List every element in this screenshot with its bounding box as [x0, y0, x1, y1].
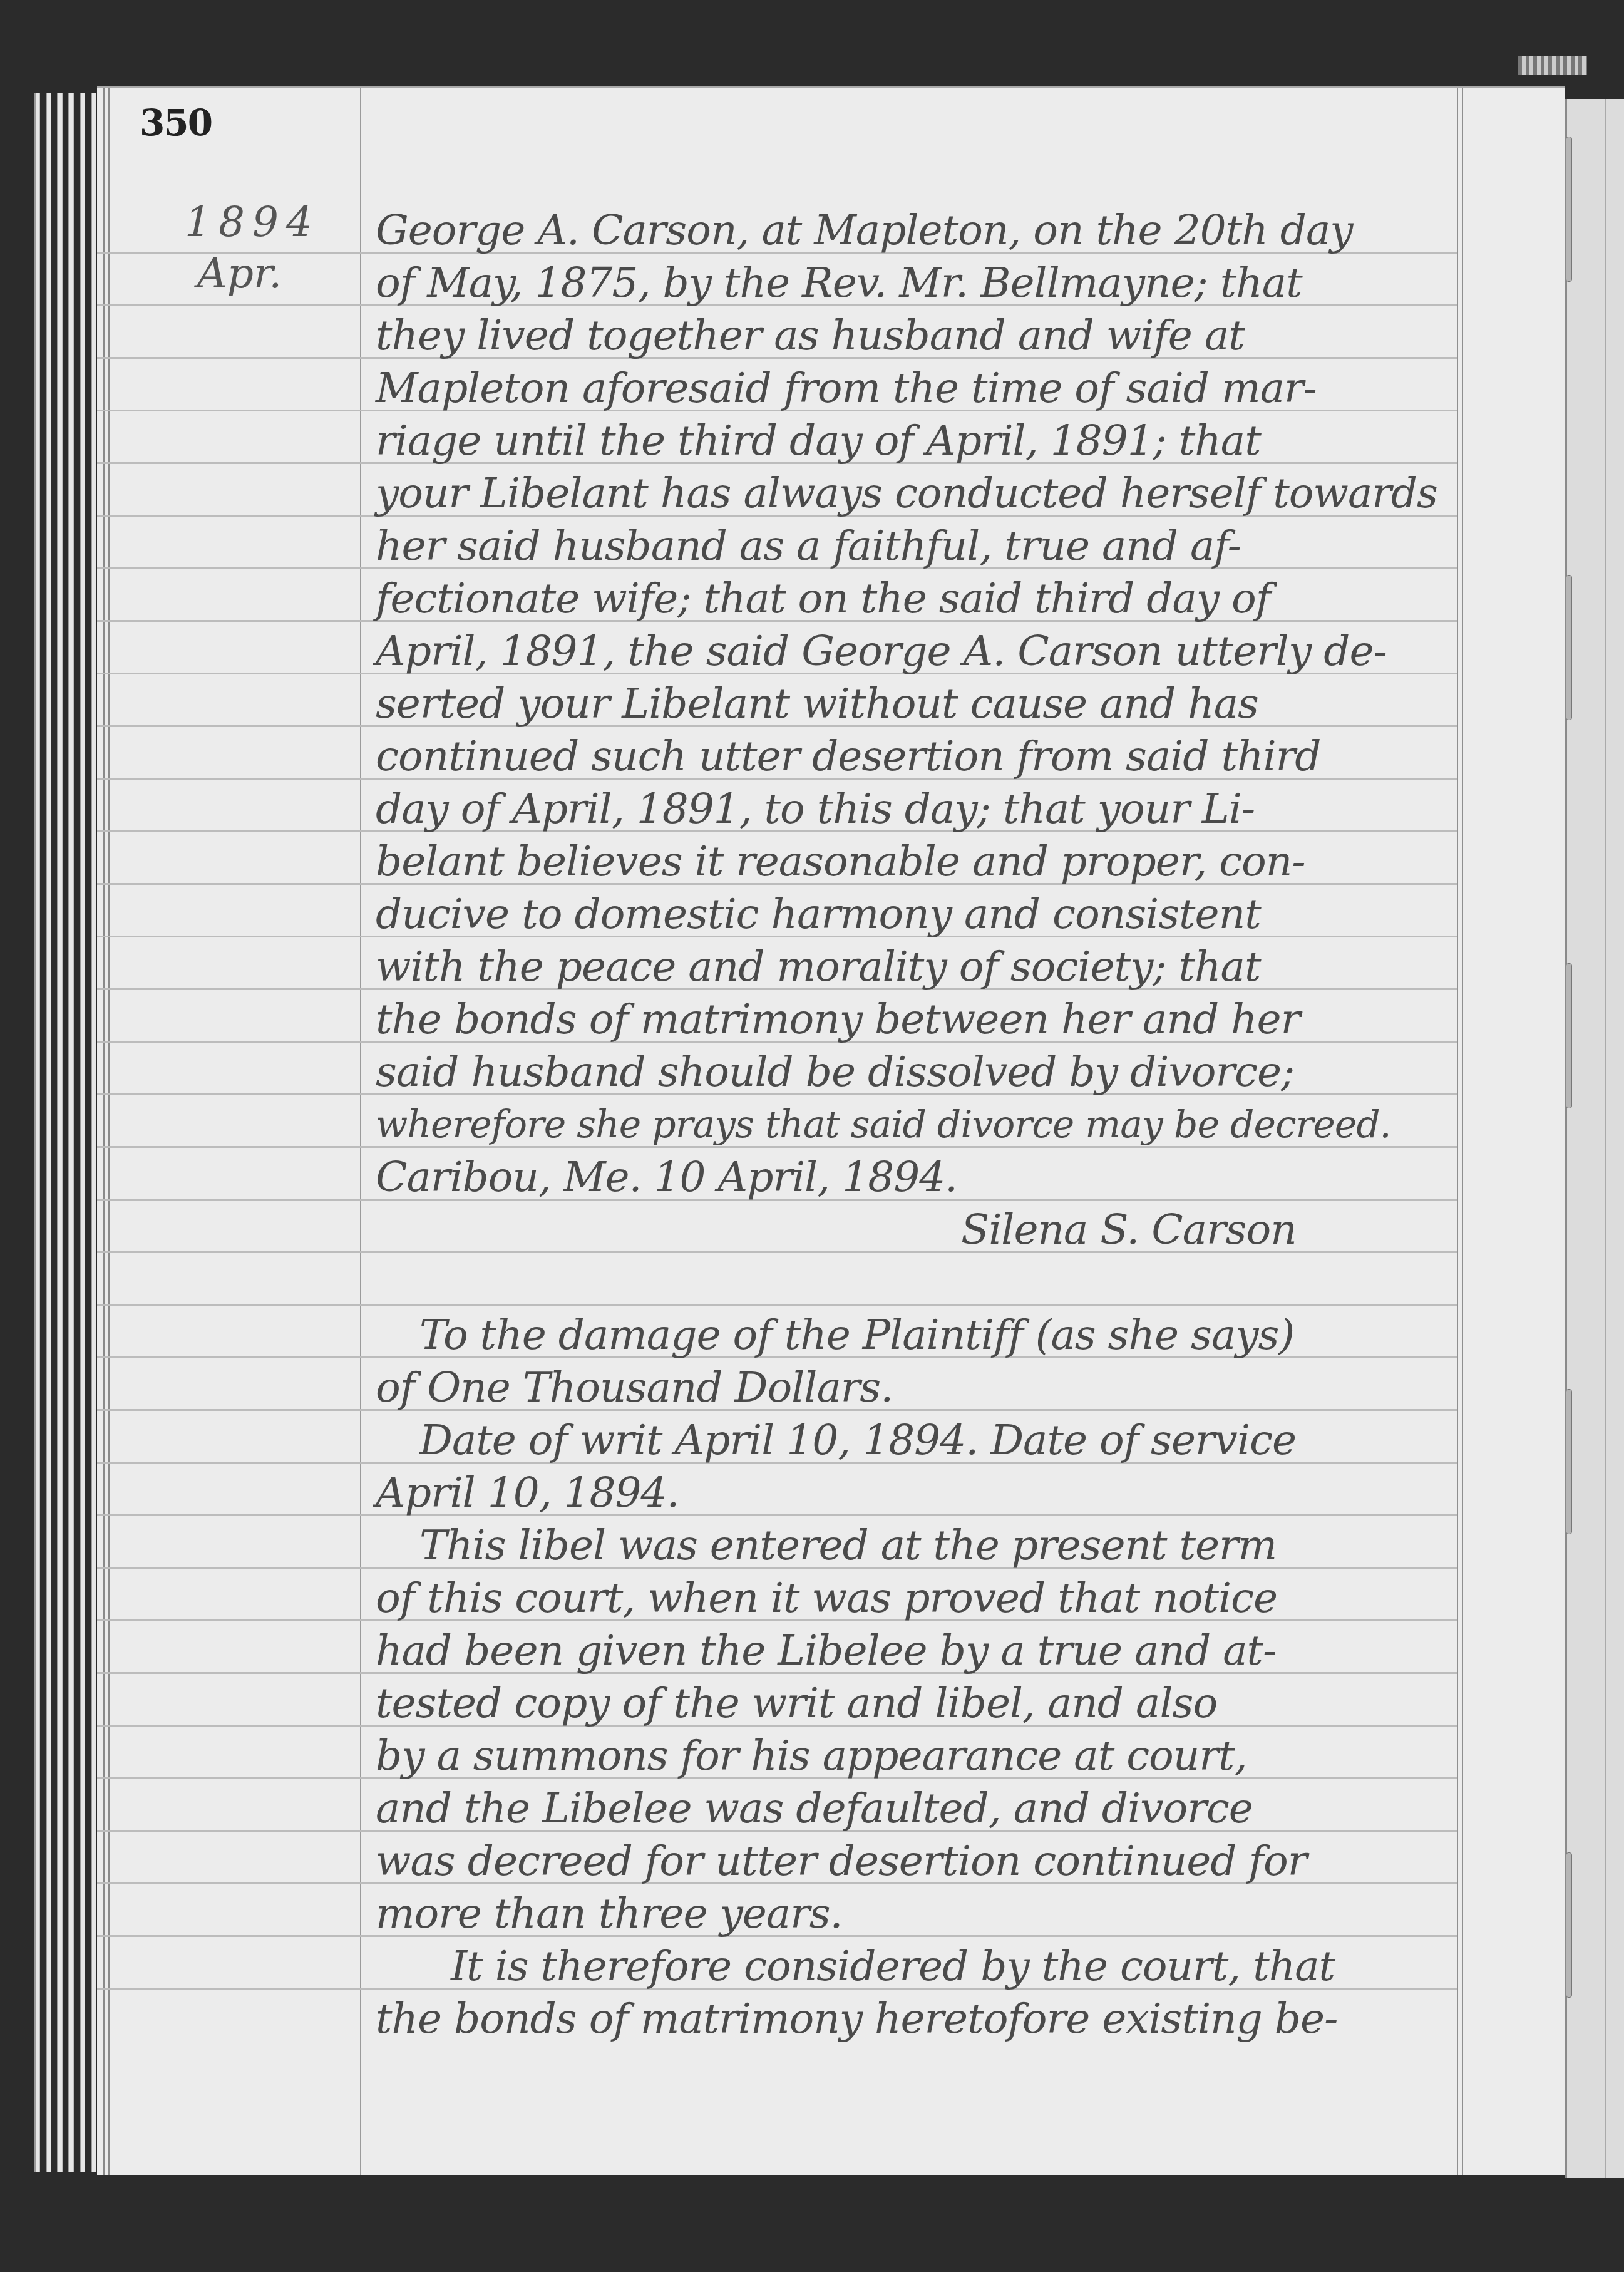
text-line: the bonds of matrimony heretofore existi… [376, 1994, 1452, 2044]
text-line: belant believes it reasonable and proper… [376, 837, 1452, 887]
text-line: more than three years. [376, 1889, 1452, 1939]
text-line: April 10, 1894. [376, 1468, 1452, 1518]
text-line: tested copy of the writ and libel, and a… [376, 1678, 1452, 1728]
text-line: riage until the third day of April, 1891… [376, 416, 1452, 466]
ledger-page: 350 1894 Apr. George A. Carson, at Maple… [97, 86, 1565, 2175]
text-line: To the damage of the Plaintiff (as she s… [376, 1310, 1496, 1360]
binding-edge [1518, 56, 1587, 75]
text-line: and the Libelee was defaulted, and divor… [376, 1784, 1452, 1834]
text-line: It is therefore considered by the court,… [376, 1941, 1528, 1991]
text-line: the bonds of matrimony between her and h… [376, 994, 1452, 1045]
text-line: said husband should be dissolved by divo… [376, 1047, 1452, 1097]
binding-stitch [1566, 137, 1572, 282]
binding-stitch [1566, 575, 1572, 720]
text-line: George A. Carson, at Mapleton, on the 20… [376, 205, 1452, 256]
text-line: your Libelant has always conducted herse… [376, 468, 1452, 519]
text-line: This libel was entered at the present te… [376, 1521, 1496, 1571]
text-line: her said husband as a faithful, true and… [376, 521, 1452, 571]
margin-year: 1894 [185, 198, 320, 246]
signature: Silena S. Carson [961, 1205, 1462, 1255]
text-line: with the peace and morality of society; … [376, 942, 1452, 992]
text-line: had been given the Libelee by a true and… [376, 1626, 1452, 1676]
text-line: wherefore she prays that said divorce ma… [376, 1100, 1452, 1150]
text-line: of One Thousand Dollars. [376, 1363, 1452, 1413]
text-line: was decreed for utter desertion continue… [376, 1836, 1452, 1886]
text-line: Date of writ April 10, 1894. Date of ser… [376, 1415, 1496, 1465]
binding-stitch [1566, 1852, 1572, 1998]
text-line: of May, 1875, by the Rev. Mr. Bellmayne;… [376, 258, 1452, 308]
left-border-rule [103, 88, 110, 2175]
binding-stitch [1566, 963, 1572, 1108]
page-number: 350 [140, 101, 212, 144]
text-line: fectionate wife; that on the said third … [376, 574, 1452, 624]
margin-month: Apr. [197, 249, 282, 297]
text-line: continued such utter desertion from said… [376, 731, 1452, 782]
text-line: serted your Libelant without cause and h… [376, 679, 1452, 729]
text-line: April, 1891, the said George A. Carson u… [376, 626, 1452, 676]
text-line: day of April, 1891, to this day; that yo… [376, 784, 1452, 834]
text-line: ducive to domestic harmony and consisten… [376, 889, 1452, 939]
text-line: by a summons for his appearance at court… [376, 1731, 1452, 1781]
margin-column-rule [360, 88, 364, 2175]
ruled-line [97, 1304, 1457, 1306]
right-column-rule [1457, 88, 1463, 2175]
binding-stitch [1566, 1389, 1572, 1534]
place-date-line: Caribou, Me. 10 April, 1894. [376, 1152, 1452, 1202]
text-line: Mapleton aforesaid from the time of said… [376, 363, 1452, 413]
adjacent-page-edge [1565, 99, 1624, 2178]
text-line: of this court, when it was proved that n… [376, 1573, 1452, 1623]
text-line: they lived together as husband and wife … [376, 311, 1452, 361]
